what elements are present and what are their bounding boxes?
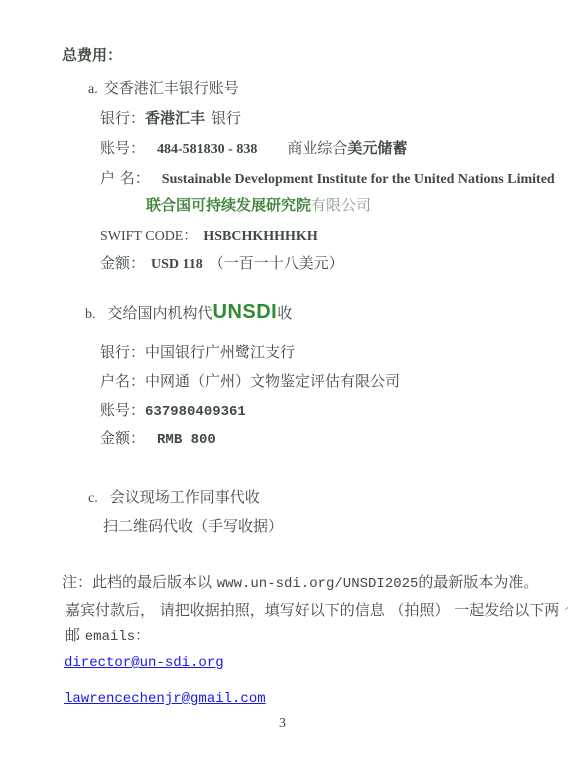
account-label: 账号： xyxy=(100,139,145,157)
note-prefix: 注：此档的最后版本以 xyxy=(62,573,217,591)
instruction-text-2-latin: emails： xyxy=(85,629,149,645)
section-c-marker: c. xyxy=(88,491,98,506)
amount-label: 金额： xyxy=(100,429,145,447)
section-a-holder-cn-line: 联合国可持续发展研究院有限公司 xyxy=(146,195,371,215)
amount-words: （一百一十八美元） xyxy=(209,254,344,272)
amount-value: USD 118 xyxy=(151,257,203,272)
bank-name-rest: 银行 xyxy=(211,109,241,127)
amount-value: RMB 800 xyxy=(157,432,216,448)
section-b-heading-suffix: 收 xyxy=(277,304,292,322)
holder-name-en: Sustainable Development Institute for th… xyxy=(162,172,555,187)
holder-label: 户 名： xyxy=(100,169,150,187)
amount-label: 金额： xyxy=(100,254,145,272)
holder-label: 户名： xyxy=(100,372,145,390)
note-url: www.un-sdi.org/UNSDI2025 xyxy=(217,576,419,592)
instruction-line-2: 邮 emails： xyxy=(65,625,149,647)
page-title: 总费用： xyxy=(62,45,122,65)
account-label: 账号： xyxy=(100,401,145,419)
section-a-heading: a.交香港汇丰银行账号 xyxy=(88,78,239,100)
section-b-heading-prefix: 交给国内机构代 xyxy=(108,304,213,322)
section-b-heading: b.交给国内机构代UNSDI收 xyxy=(85,302,292,325)
section-b-bank-line: 银行：中国银行广州鹭江支行 xyxy=(100,342,295,362)
section-a-bank-line: 银行：香港汇丰银行 xyxy=(100,108,241,128)
section-a-holder-line: 户 名：Sustainable Development Institute fo… xyxy=(100,168,555,190)
swift-code: HSBCHKHHHKH xyxy=(203,229,317,244)
note-suffix: 的最新版本为准。 xyxy=(418,573,538,591)
section-a-swift-line: SWIFT CODE：HSBCHKHHHKH xyxy=(100,225,318,247)
section-a-amount-line: 金额：USD 118（一百一十八美元） xyxy=(100,253,344,275)
section-c-heading-text: 会议现场工作同事代收 xyxy=(110,488,260,506)
section-b-holder-line: 户名：中网通（广州）文物鉴定评估有限公司 xyxy=(100,371,400,391)
holder-name-cn: 联合国可持续发展研究院 xyxy=(146,196,311,214)
email-link-lawrence[interactable]: lawrencechenjr@gmail.com xyxy=(64,691,266,707)
section-a-account-line: 账号：484-581830 - 838商业综合美元储蓄 xyxy=(100,138,407,160)
document-page: 总费用： a.交香港汇丰银行账号 银行：香港汇丰银行 账号：484-581830… xyxy=(0,0,568,777)
total-cost-label: 总费用： xyxy=(62,46,122,64)
swift-label: SWIFT CODE： xyxy=(100,229,197,244)
holder-name: 中网通（广州）文物鉴定评估有限公司 xyxy=(145,372,400,390)
section-b-amount-line: 金额：RMB 800 xyxy=(100,428,216,450)
account-number: 484-581830 - 838 xyxy=(157,142,257,157)
instruction-text-2-prefix: 邮 xyxy=(65,626,85,644)
instruction-line-1: 嘉宾付款后， 请把收据拍照，填写好以下的信息 （拍照） 一起发给以下两 个电 xyxy=(65,600,568,620)
qr-collect-text: 扫二维码代收（手写收据） xyxy=(103,517,283,535)
section-a-heading-text: 交香港汇丰银行账号 xyxy=(104,79,239,97)
bank-name-bold: 香港汇丰 xyxy=(145,109,205,127)
page-number-value: 3 xyxy=(279,716,286,731)
holder-name-cn-suffix: 有限公司 xyxy=(311,196,371,214)
account-type-bold: 美元储蓄 xyxy=(347,139,407,157)
bank-label: 银行： xyxy=(100,343,145,361)
section-b-account-line: 账号：637980409361 xyxy=(100,400,246,422)
unsdi-org-text: UNSDI xyxy=(213,301,278,323)
email-line-2: lawrencechenjr@gmail.com xyxy=(64,687,266,709)
section-c-heading: c.会议现场工作同事代收 xyxy=(88,487,260,509)
note-line: 注：此档的最后版本以 www.un-sdi.org/UNSDI2025的最新版本… xyxy=(62,572,538,594)
instruction-text-1: 嘉宾付款后， 请把收据拍照，填写好以下的信息 （拍照） 一起发给以下两 个电 xyxy=(65,601,568,619)
page-number: 3 xyxy=(279,714,286,734)
email-line-1: director@un-sdi.org xyxy=(64,651,224,673)
account-number: 637980409361 xyxy=(145,404,246,420)
bank-label: 银行： xyxy=(100,109,145,127)
section-b-marker: b. xyxy=(85,307,96,322)
account-type: 商业综合 xyxy=(287,139,347,157)
section-a-marker: a. xyxy=(88,82,98,97)
email-link-director[interactable]: director@un-sdi.org xyxy=(64,655,224,671)
bank-name: 中国银行广州鹭江支行 xyxy=(145,343,295,361)
section-c-qr-line: 扫二维码代收（手写收据） xyxy=(103,516,283,536)
